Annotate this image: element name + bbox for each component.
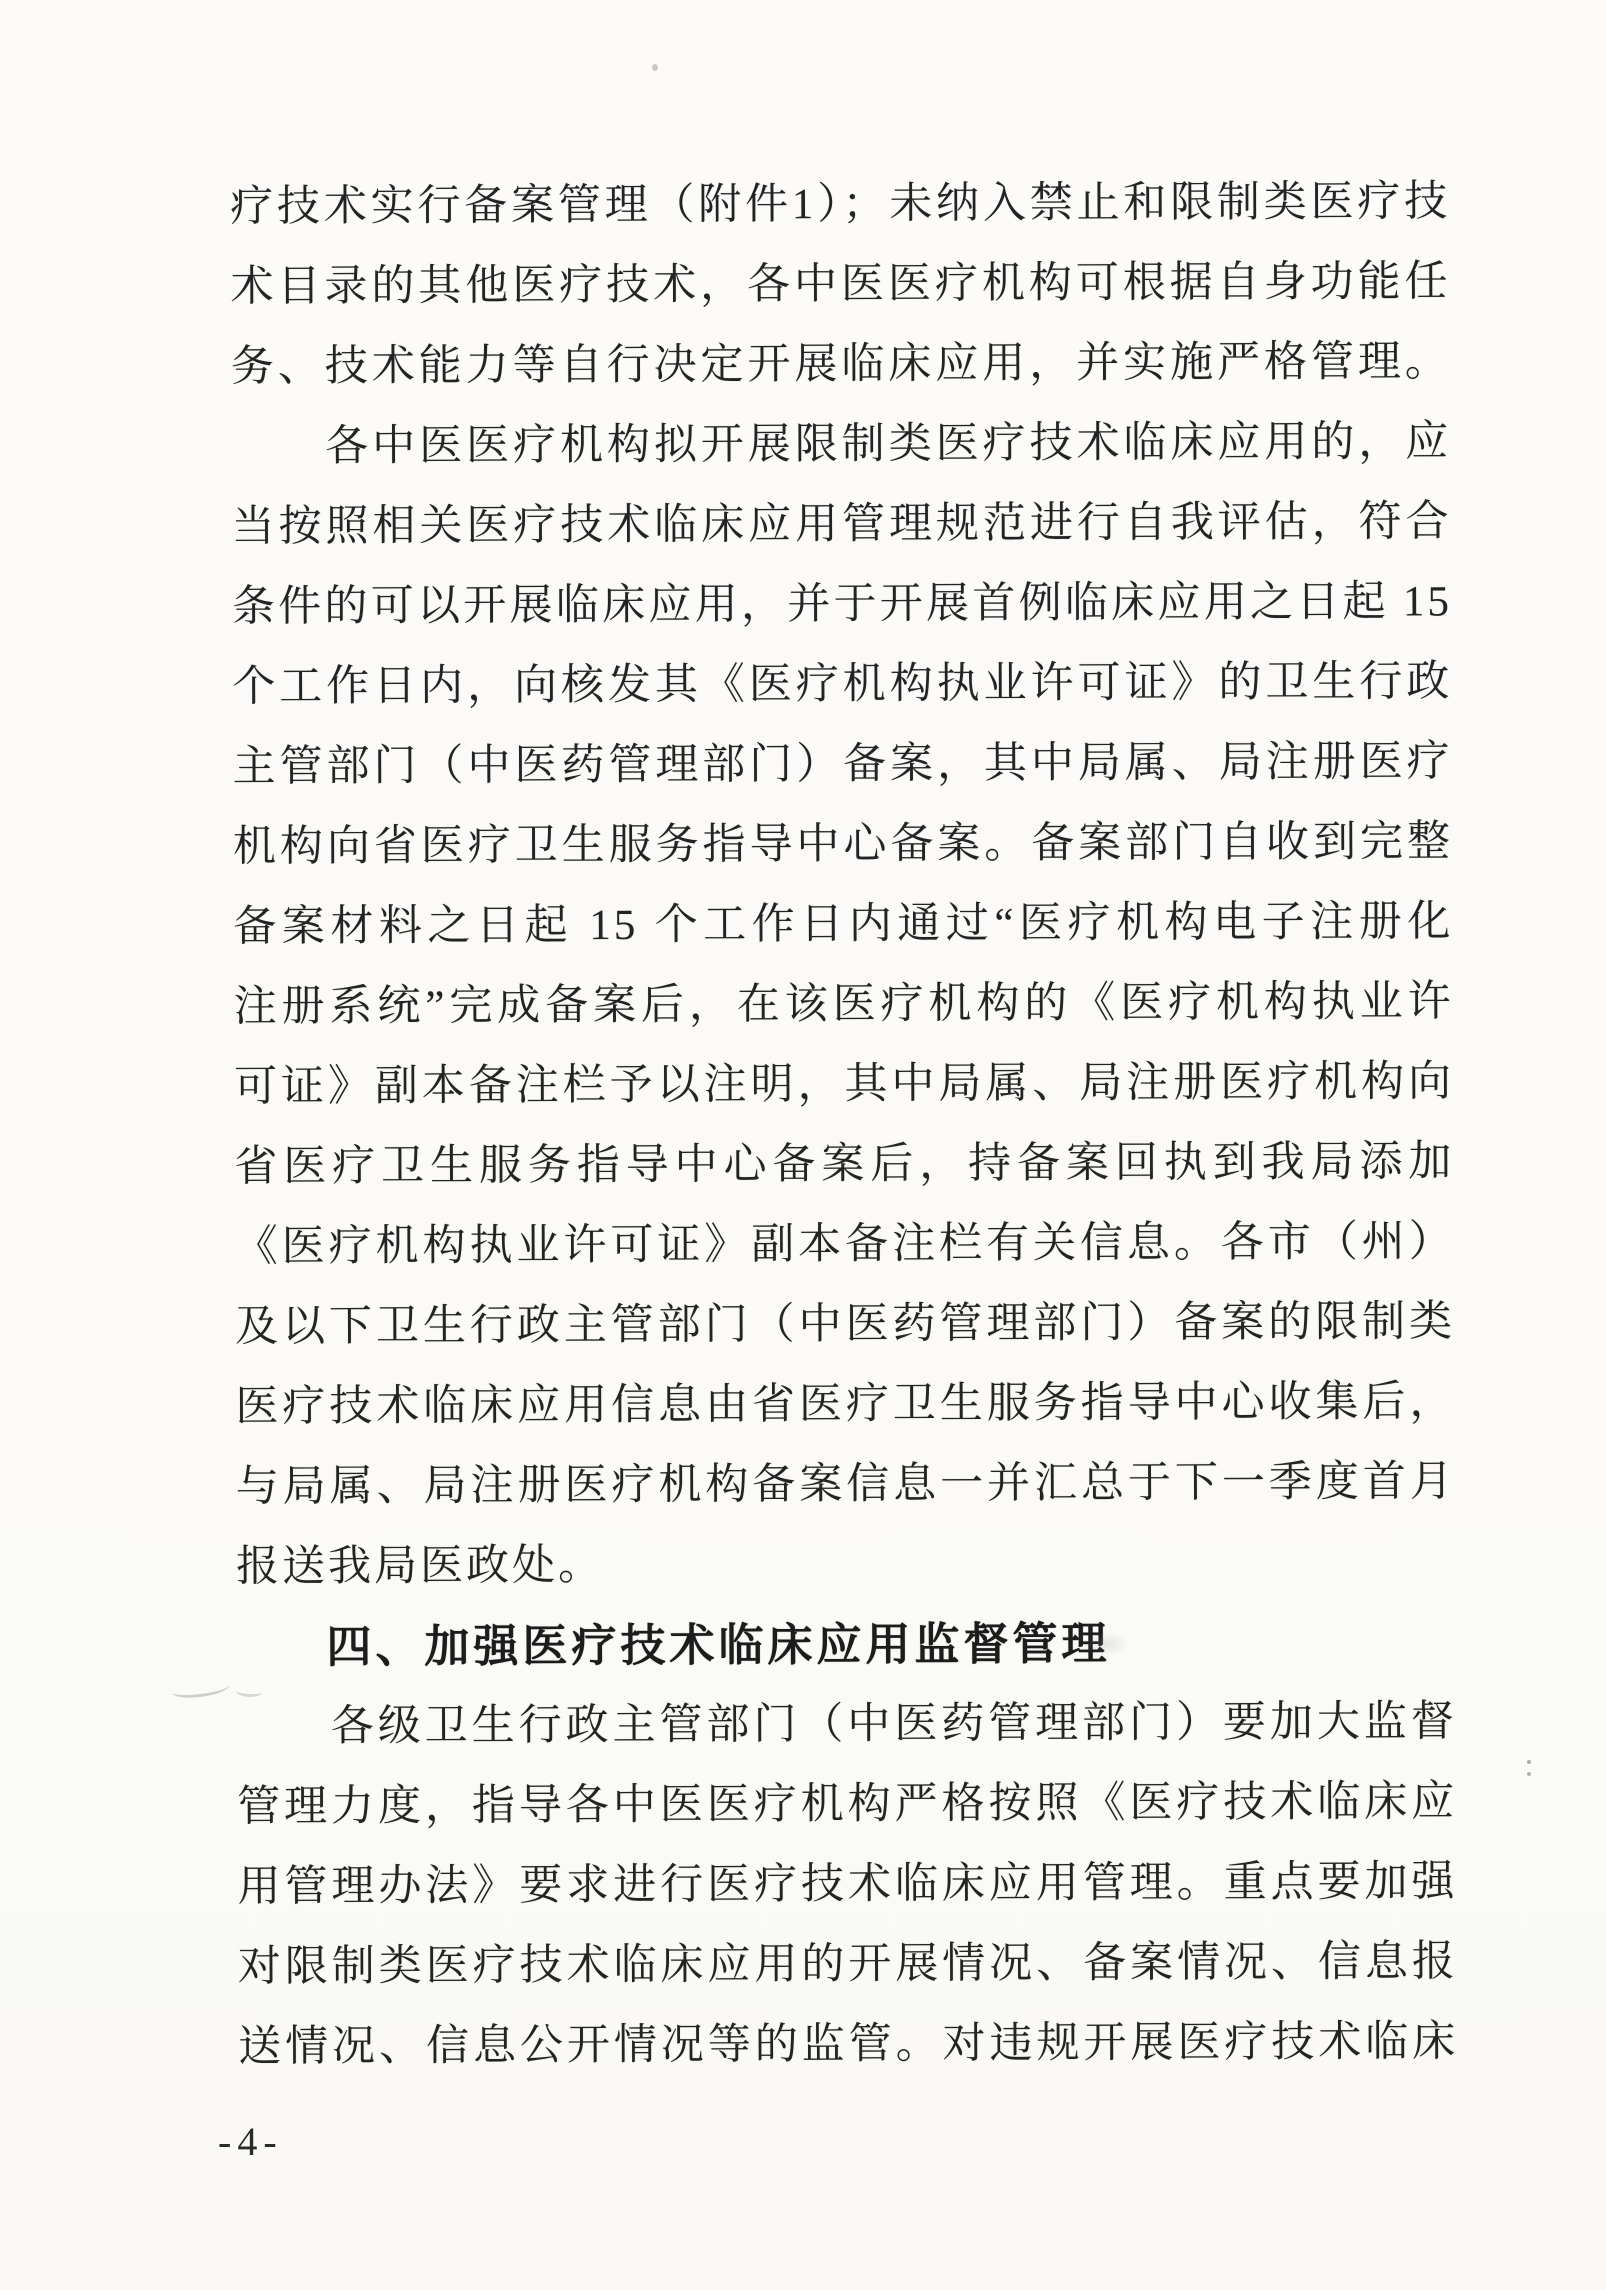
text-line: 备案材料之日起 15 个工作日内通过“医疗机构电子注册化: [233, 882, 1453, 967]
text-line: 管理力度，指导各中医医疗机构严格按照《医疗技术临床应: [237, 1762, 1457, 1847]
text-line: 与局属、局注册医疗机构备案信息一并汇总于下一季度首月: [236, 1442, 1456, 1527]
section-heading: 四、加强医疗技术临床应用监督管理: [236, 1602, 1456, 1687]
text-line: 可证》副本备注栏予以注明，其中局属、局注册医疗机构向: [234, 1042, 1454, 1127]
text-line: 医疗技术临床应用信息由省医疗卫生服务指导中心收集后，: [235, 1362, 1455, 1447]
scan-artifact-speck: [1527, 1760, 1531, 1764]
text-line: 注册系统”完成备案后，在该医疗机构的《医疗机构执业许: [233, 962, 1453, 1047]
text-line: 送情况、信息公开情况等的监管。对违规开展医疗技术临床: [238, 2002, 1458, 2087]
page-number: - 4 -: [218, 2118, 279, 2165]
scan-artifact-speck: [652, 64, 658, 71]
text-line: 务、技术能力等自行决定开展临床应用，并实施严格管理。: [231, 322, 1451, 407]
document-body: 疗技术实行备案管理（附件1）；未纳入禁止和限制类医疗技 术目录的其他医疗技术，各…: [230, 162, 1458, 2087]
scan-artifact-squiggle: [171, 1678, 230, 1700]
text-line: 省医疗卫生服务指导中心备案后，持备案回执到我局添加: [234, 1122, 1454, 1207]
text-line: 疗技术实行备案管理（附件1）；未纳入禁止和限制类医疗技: [230, 162, 1450, 247]
text-line: 《医疗机构执业许可证》副本备注栏有关信息。各市（州）: [235, 1202, 1455, 1287]
text-line-paragraph-end: 报送我局医政处。: [236, 1522, 1456, 1607]
text-line: 个工作日内，向核发其《医疗机构执业许可证》的卫生行政: [232, 642, 1452, 727]
text-line: 对限制类医疗技术临床应用的开展情况、备案情况、信息报: [238, 1922, 1458, 2007]
scanned-document-page: 疗技术实行备案管理（附件1）；未纳入禁止和限制类医疗技 术目录的其他医疗技术，各…: [0, 0, 1606, 2290]
text-line-paragraph-start: 各级卫生行政主管部门（中医药管理部门）要加大监督: [237, 1682, 1457, 1767]
text-line: 当按照相关医疗技术临床应用管理规范进行自我评估，符合: [231, 482, 1451, 567]
text-line: 主管部门（中医药管理部门）备案，其中局属、局注册医疗: [232, 722, 1452, 807]
text-line: 术目录的其他医疗技术，各中医医疗机构可根据自身功能任: [230, 242, 1450, 327]
text-line: 用管理办法》要求进行医疗技术临床应用管理。重点要加强: [237, 1842, 1457, 1927]
text-line-paragraph-start: 各中医医疗机构拟开展限制类医疗技术临床应用的，应: [231, 402, 1451, 487]
text-line: 机构向省医疗卫生服务指导中心备案。备案部门自收到完整: [233, 802, 1453, 887]
text-line: 条件的可以开展临床应用，并于开展首例临床应用之日起 15: [232, 562, 1452, 647]
text-line: 及以下卫生行政主管部门（中医药管理部门）备案的限制类: [235, 1282, 1455, 1367]
